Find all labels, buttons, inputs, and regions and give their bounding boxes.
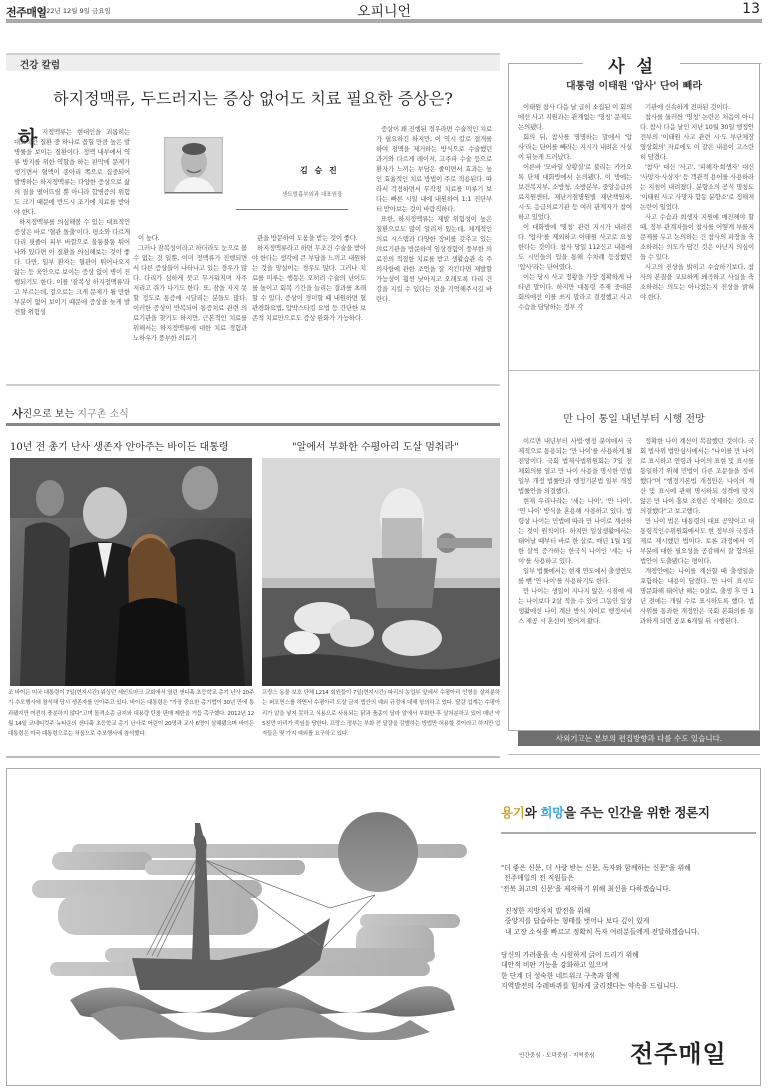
photo-news-title-2[interactable]: "알에서 부화한 수평아리 도살 멈춰라" <box>292 438 459 453</box>
photo-news-rule <box>6 423 500 426</box>
paragraph: 회의 뒤, 참사를 명명하는 말에서 '압사'라는 단어를 빼라는 지시가 내려… <box>518 132 632 162</box>
paragraph: 그러나 잠복성이라고 하더라도 눈으로 볼 수 없는 것 일뿐, 이미 정맥류가… <box>133 243 247 343</box>
editorial-top-rule-right <box>680 63 761 64</box>
ad-line: 지역발전의 수레바퀴를 힘차게 굴리겠다는 약속을 드립니다. <box>501 981 678 991</box>
paragraph: 또한, 하지정맥류는 재발 위험성이 높은 질환으로도 많이 알려져 있는데, … <box>376 214 492 304</box>
ad-line: 대안적 비판 기능을 강화하고 있으며 <box>501 960 678 970</box>
author-title: 센트럴흉부외과 대표원장 <box>282 190 342 198</box>
editorial-1-col2: 기관에 신속하게 전파된 것이다. 참사를 둘러싼 '명칭' 논란은 처음이 아… <box>640 102 754 302</box>
ad-line: 중앙지를 답습하는 형태를 벗어나 보다 깊이 있게 <box>505 916 700 926</box>
author-divider <box>236 209 348 210</box>
ad-paragraph-3: 당신의 가려움을 속 시원하게 긁어 드리기 위해 대안적 비판 기능을 강화하… <box>501 950 678 992</box>
paragraph: 이른바 '모바일 상황실'로 불리는 카카오톡 단체 대화방에서 논의됐다. 이… <box>518 162 632 222</box>
paragraph: 이는 당시 사고 정황을 가장 정확하게 나타낸 말이다. 하지만 대통령 주재… <box>518 272 632 312</box>
paragraph: 현재 우리나라는 '세는 나이', '만 나이', '연 나이' 방식을 혼용해… <box>518 496 632 566</box>
header-rule <box>6 19 762 23</box>
photo-news-bottom-rule <box>6 756 500 758</box>
paragraph: 증상이 꽤 진행된 경우라면 수술적인 치료가 필요하긴 하지만, 이 역시 칼… <box>376 124 492 214</box>
ad-line: "더 좋은 신문, 더 사랑 받는 신문, 독자와 함께하는 신문"을 위해 <box>501 863 691 873</box>
editorial-divider <box>508 370 760 371</box>
photo-news-caption-2: 프랑스 동물 보호 단체 L214 회원들이 7일(현지시간) 파리의 농업부 … <box>262 688 500 739</box>
ad-rule <box>501 832 756 834</box>
health-column-title[interactable]: 하지정맥류, 두드러지는 증상 없어도 치료 필요한 증상은? <box>6 86 500 109</box>
photo-news-label-initial: 사 <box>12 407 23 420</box>
paragraph: 만 나이는 생일이 지나지 않은 시점에 세는 나이보다 2살 적을 수 있어 … <box>518 586 632 626</box>
editorial-2-col2: 정확한 나이 계산이 복잡했던 것이다. 국회 법사위 법안심사에서는 "나이를… <box>640 436 754 626</box>
editorial-headline-1[interactable]: 대통령 이태원 '압사' 단어 빼라 <box>508 77 760 92</box>
editorial-headline-2[interactable]: 만 나이 통일 내년부터 시행 전망 <box>508 410 760 425</box>
paragraph: 이태원 참사 다음 날 급히 소집된 이 회의에선 사고 지원과는 관계없는 '… <box>518 102 632 132</box>
ad-headline-text: 와 <box>525 805 541 820</box>
paragraph: 이 대화방에 '명칭' 관련 지시가 내려진다. '압사'를 제외하고 이태원 … <box>518 222 632 272</box>
editorial-2-col1: 이르면 내년부터 사법·행정 분야에서 국제적으로 통용되는 '만 나이'를 사… <box>518 436 632 626</box>
health-column-label: 건강 칼럼 <box>20 57 60 71</box>
ship-illustration <box>30 800 470 1044</box>
photo-news-label: 사진으로 보는 지구촌 소식 <box>12 405 129 421</box>
health-column-col3: 관을 방문하여 도움을 받는 것이 좋다. 하지정맥류라고 하면 무조건 수술을… <box>252 233 366 323</box>
ad-paragraph-2: 진정한 지방자치 발전을 위해 중앙지를 답습하는 형태를 벗어나 보다 깊이 … <box>505 906 700 937</box>
paragraph: 이 높다. <box>133 233 247 243</box>
ad-headline-text: 을 주는 인간을 위한 정론지 <box>564 805 710 820</box>
ad-headline: 용기와 희망을 주는 인간을 위한 정론지 <box>501 803 710 821</box>
ad-line: 한 단계 더 성숙한 네트워크 구축과 함께 <box>501 971 678 981</box>
photo-news-label-accent: 지구촌 소식 <box>77 409 128 420</box>
right-bottom-rule <box>508 754 760 755</box>
paragraph: 개정안에는 나이를 계산할 때 출생일을 포함하는 내용이 담겼다. 만 나이 … <box>640 566 754 626</box>
health-column-bottom-rule <box>6 384 500 386</box>
ad-line: 당신의 가려움을 속 시원하게 긁어 드리기 위해 <box>501 950 678 960</box>
section-title: 오피니언 <box>0 1 768 21</box>
ad-paragraph-1: "더 좋은 신문, 더 사랑 받는 신문, 독자와 함께하는 신문"을 위해 전… <box>501 863 691 894</box>
ad-line: '전북 최고의 신문'을 제작하기 위해 최선을 다하겠습니다. <box>501 884 691 894</box>
paragraph: 일부 법률에서는 현재 연도에서 출생연도를 뺀 '연 나이'를 사용하기도 한… <box>518 566 632 586</box>
editorial-heading: 사 설 <box>590 52 674 77</box>
paragraph: 하지정맥류를 의심해볼 수 있는 대표적인 증상은 바로 '혈관 돌출'이다. … <box>14 217 130 317</box>
paragraph: 정확한 나이 계산이 복잡했던 것이다. 국회 법사위 법안심사에서는 "나이를… <box>640 436 754 516</box>
paragraph: 관을 방문하여 도움을 받는 것이 좋다. <box>252 233 366 243</box>
paragraph: 기관에 신속하게 전파된 것이다. <box>640 102 754 112</box>
paragraph: 이르면 내년부터 사법·행정 분야에서 국제적으로 통용되는 '만 나이'를 사… <box>518 436 632 496</box>
health-column-bar <box>6 53 500 71</box>
author-name: 김 승 진 <box>300 165 339 176</box>
photo-news-caption-1: 조 바이든 미국 대통령이 7일(현지시간) 워싱턴 세인트마크 교회에서 열린… <box>8 688 254 739</box>
photo-news-title-1[interactable]: 10년 전 총기 난사 생존자 안아주는 바이든 대통령 <box>10 438 229 453</box>
health-column-col1: 지정맥류는 현대인을 괴롭히는 대표적인 질환 중 하나로 꼽힐 만큼 높은 발… <box>14 127 130 317</box>
protest-photo <box>262 458 500 686</box>
ad-logo: 전주매일 <box>630 1034 727 1069</box>
biden-photo <box>10 458 252 686</box>
health-column-col2: 이 높다. 그러나 잠복성이라고 하더라도 눈으로 볼 수 없는 것 일뿐, 이… <box>133 233 247 343</box>
ad-slogan: 인간중심 · 도덕중심 · 지역중심 <box>519 1051 595 1059</box>
paragraph: 참사를 둘러싼 '명칭' 논란은 처음이 아니다. 참사 다음 날인 지난 10… <box>640 112 754 162</box>
ad-line: 진정한 지방자치 발전을 위해 <box>505 906 700 916</box>
paragraph: 지정맥류는 현대인을 괴롭히는 대표적인 질환 중 하나로 꼽힐 만큼 높은 발… <box>14 127 130 217</box>
ad-headline-courage: 용기 <box>501 805 525 820</box>
paragraph: '참사' 대신 '사고', '피해자·희생자' 대신 '사망자·사상자' 등 객… <box>640 162 754 212</box>
author-photo <box>164 137 223 194</box>
paragraph: 사고의 진상을 밝히고 수습하기보다, 참사의 본질을 교묘하게 왜곡하고 사실… <box>640 262 754 302</box>
editorial-top-rule-left <box>508 63 583 64</box>
opinion-disclaimer: 사외기고는 본보의 편집방향과 다를 수도 있습니다. <box>518 731 760 746</box>
page-number: 13 <box>742 1 760 17</box>
editorial-1-col1: 이태원 참사 다음 날 급히 소집된 이 회의에선 사고 지원과는 관계없는 '… <box>518 102 632 312</box>
paragraph: 하지정맥류라고 하면 무조건 수술을 받아야 한다는 생각에 큰 부담을 느끼고… <box>252 243 366 323</box>
ad-headline-hope: 희망 <box>540 805 564 820</box>
paragraph: 만 나이 법은 대통령의 대표 공약이고 대통령직인수위원회에서도 현 정부의 … <box>640 516 754 566</box>
health-column-col4: 증상이 꽤 진행된 경우라면 수술적인 치료가 필요하긴 하지만, 이 역시 칼… <box>376 124 492 304</box>
ad-line: 내 고장 소식을 빠르고 정확히 독자 여러분들에게 전달하겠습니다. <box>505 927 700 937</box>
ad-line: 전주매일의 전 직원들은 <box>501 873 691 883</box>
photo-news-label-text: 진으로 보는 <box>23 409 78 420</box>
paragraph: 사고 수습과 희생자 지원에 매진해야 할 때, 정부 관계자들이 참사를 어떻… <box>640 212 754 262</box>
